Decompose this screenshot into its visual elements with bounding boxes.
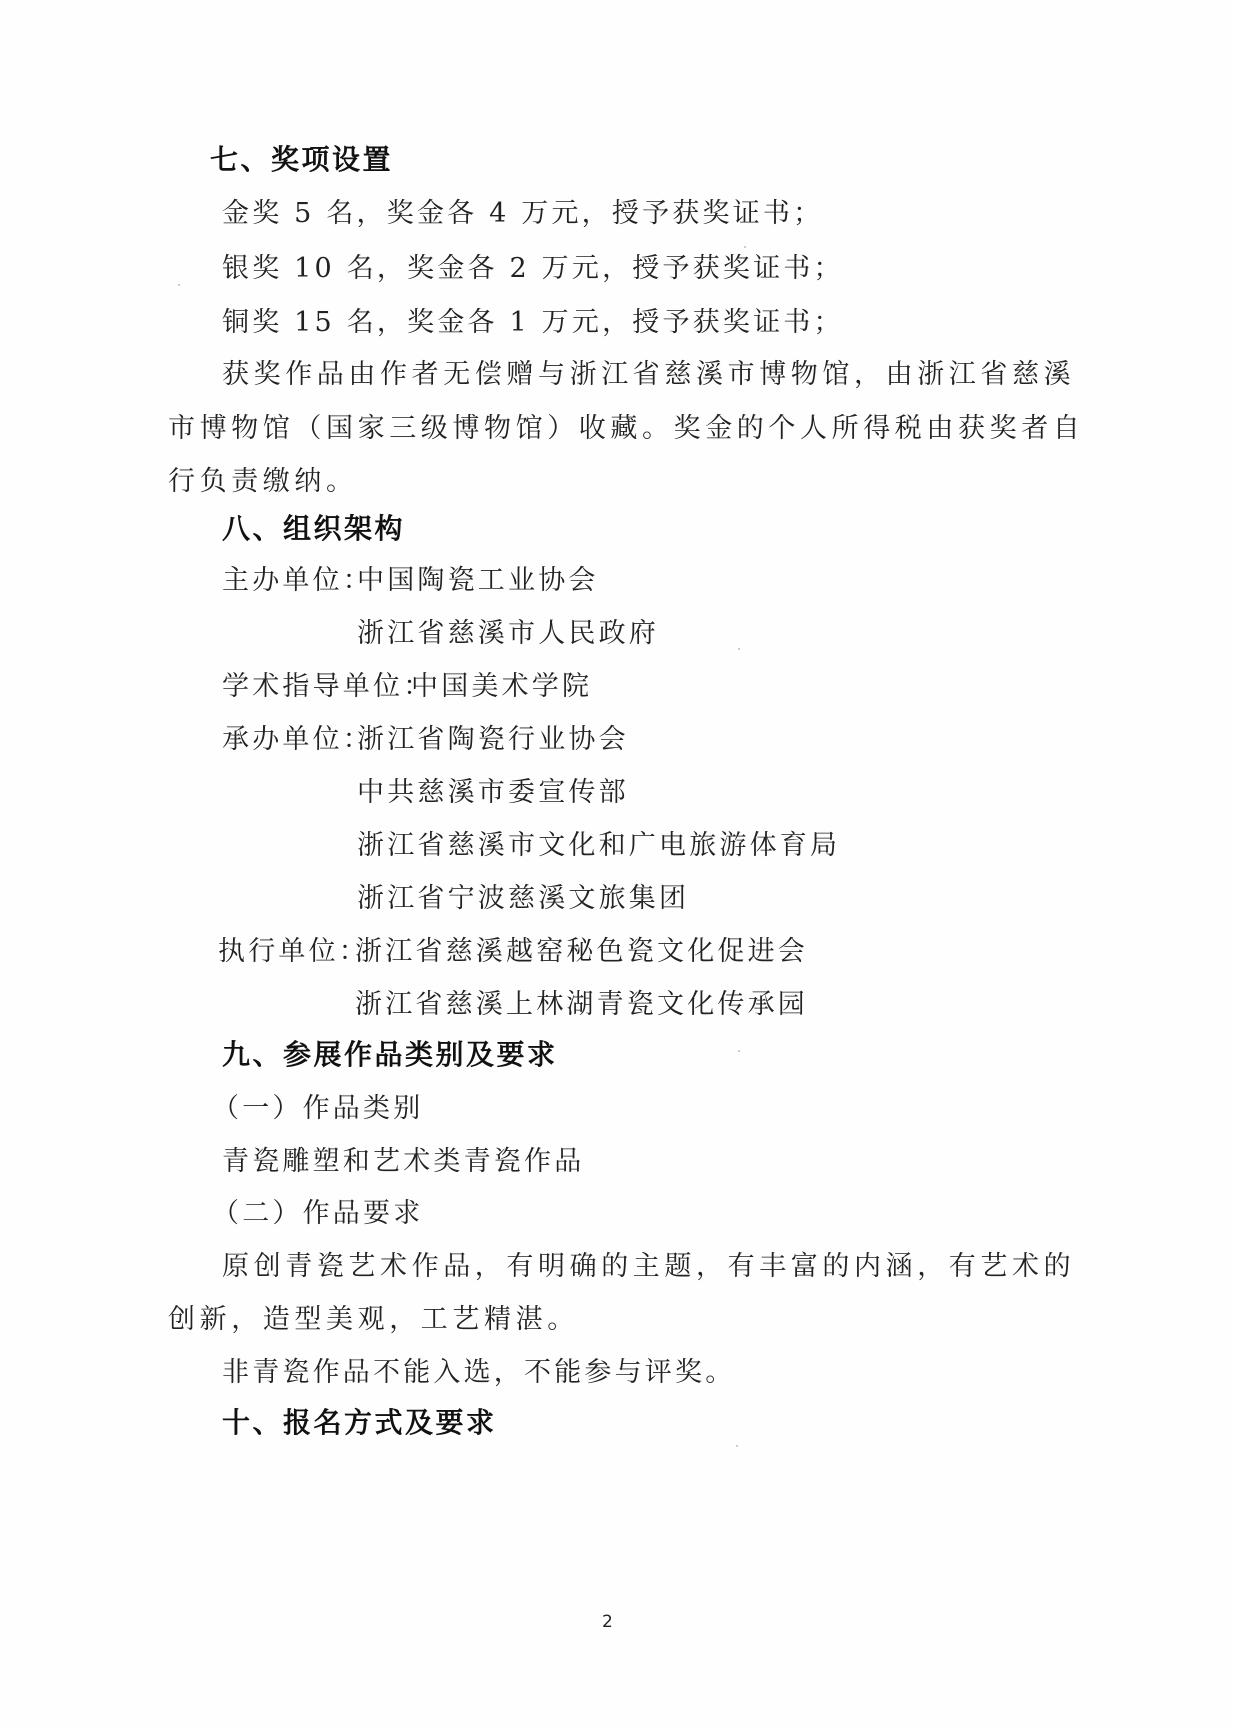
org-unit-host-2: 浙江省慈溪市人民政府 (357, 616, 659, 652)
org-label-academic: 学术指导单位： (222, 669, 433, 705)
org-unit-organizer-3: 浙江省慈溪市文化和广电旅游体育局 (357, 828, 840, 864)
org-unit-academic-1: 中国美术学院 (411, 669, 592, 705)
section-heading-awards: 七、奖项设置 (210, 142, 393, 178)
org-unit-executor-2: 浙江省慈溪上林湖青瓷文化传承园 (355, 987, 808, 1023)
document-page: 七、奖项设置 金奖 5 名，奖金各 4 万元，授予获奖证书； 银奖 10 名，奖… (0, 0, 1233, 1729)
section-heading-organization: 八、组织架构 (222, 511, 405, 547)
org-label-executor: 执行单位： (218, 934, 369, 970)
section-heading-works: 九、参展作品类别及要求 (222, 1037, 558, 1073)
page-number: 2 (602, 1612, 613, 1632)
scan-speck (744, 246, 746, 248)
scan-speck (736, 1445, 738, 1447)
works-category-text: 青瓷雕塑和艺术类青瓷作品 (222, 1144, 584, 1180)
org-unit-executor-1: 浙江省慈溪越窑秘色瓷文化促进会 (355, 934, 808, 970)
org-unit-organizer-1: 浙江省陶瓷行业协会 (357, 722, 629, 758)
org-unit-organizer-2: 中共慈溪市委宣传部 (357, 775, 629, 811)
scan-speck (738, 648, 740, 650)
works-subheading-category: （一）作品类别 (212, 1091, 423, 1127)
scan-speck (738, 1050, 740, 1052)
award-paragraph-line-3: 行负责缴纳。 (168, 464, 358, 500)
org-label-host: 主办单位： (222, 563, 373, 599)
works-requirements-line-1: 原创青瓷艺术作品，有明确的主题，有丰富的内涵，有艺术的 (222, 1249, 1075, 1285)
award-line-bronze: 铜奖 15 名，奖金各 1 万元，授予获奖证书； (222, 305, 844, 341)
award-paragraph-line-1: 获奖作品由作者无偿赠与浙江省慈溪市博物馆，由浙江省慈溪 (222, 357, 1075, 393)
org-unit-host-1: 中国陶瓷工业协会 (357, 563, 599, 599)
section-heading-registration: 十、报名方式及要求 (222, 1405, 497, 1441)
award-line-silver: 银奖 10 名，奖金各 2 万元，授予获奖证书； (222, 251, 844, 287)
works-requirements-line-2: 创新，造型美观，工艺精湛。 (168, 1302, 579, 1338)
works-subheading-requirements: （二）作品要求 (212, 1196, 423, 1232)
award-line-gold: 金奖 5 名，奖金各 4 万元，授予获奖证书； (222, 196, 823, 232)
org-label-organizer: 承办单位： (222, 722, 373, 758)
scan-speck (178, 284, 180, 286)
works-requirements-note: 非青瓷作品不能入选，不能参与评奖。 (222, 1355, 735, 1391)
award-paragraph-line-2: 市博物馆（国家三级博物馆）收藏。奖金的个人所得税由获奖者自 (168, 411, 1084, 447)
org-unit-organizer-4: 浙江省宁波慈溪文旅集团 (357, 881, 689, 917)
